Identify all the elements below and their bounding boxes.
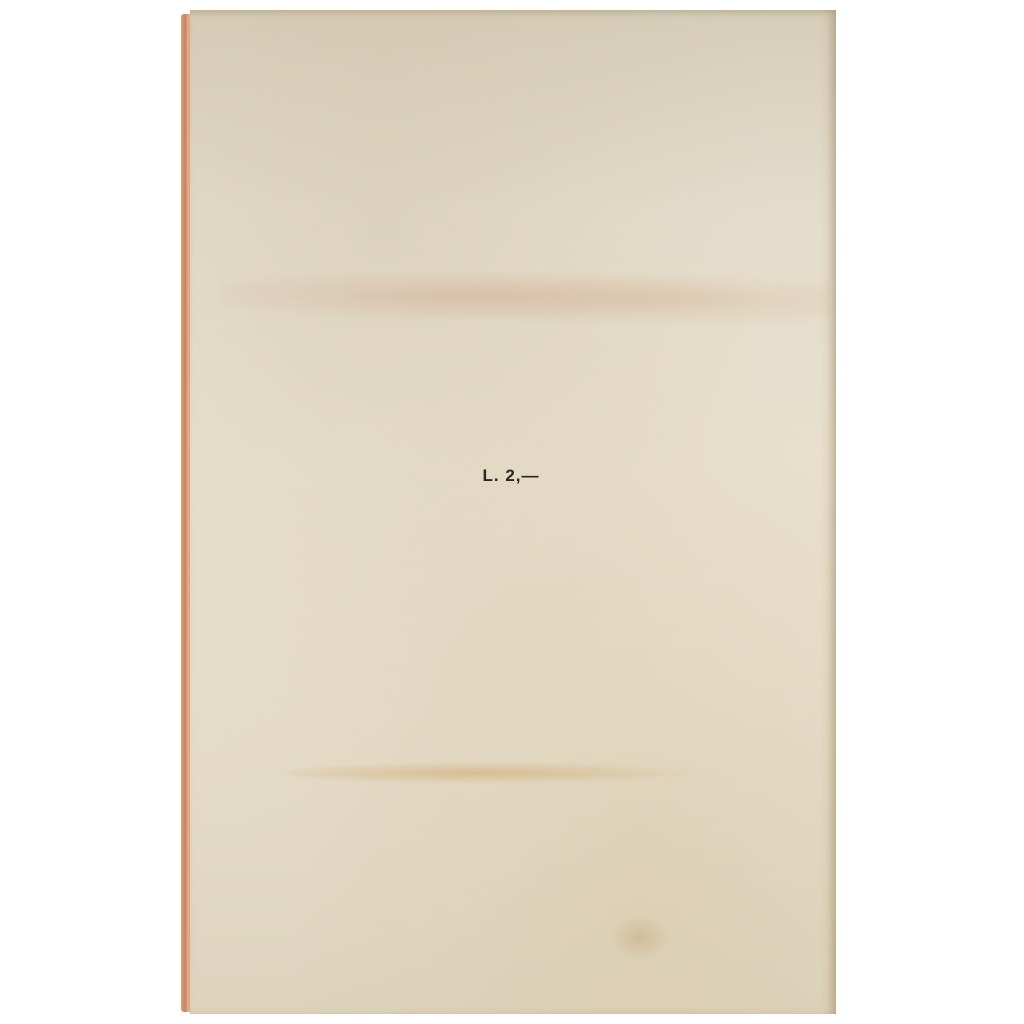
water-stain-bottom — [285, 762, 705, 784]
stain-lower-corner — [610, 915, 670, 960]
back-cover — [190, 10, 836, 1014]
foxing-stain-top — [220, 265, 830, 325]
price-label: L. 2,— — [0, 466, 1023, 486]
